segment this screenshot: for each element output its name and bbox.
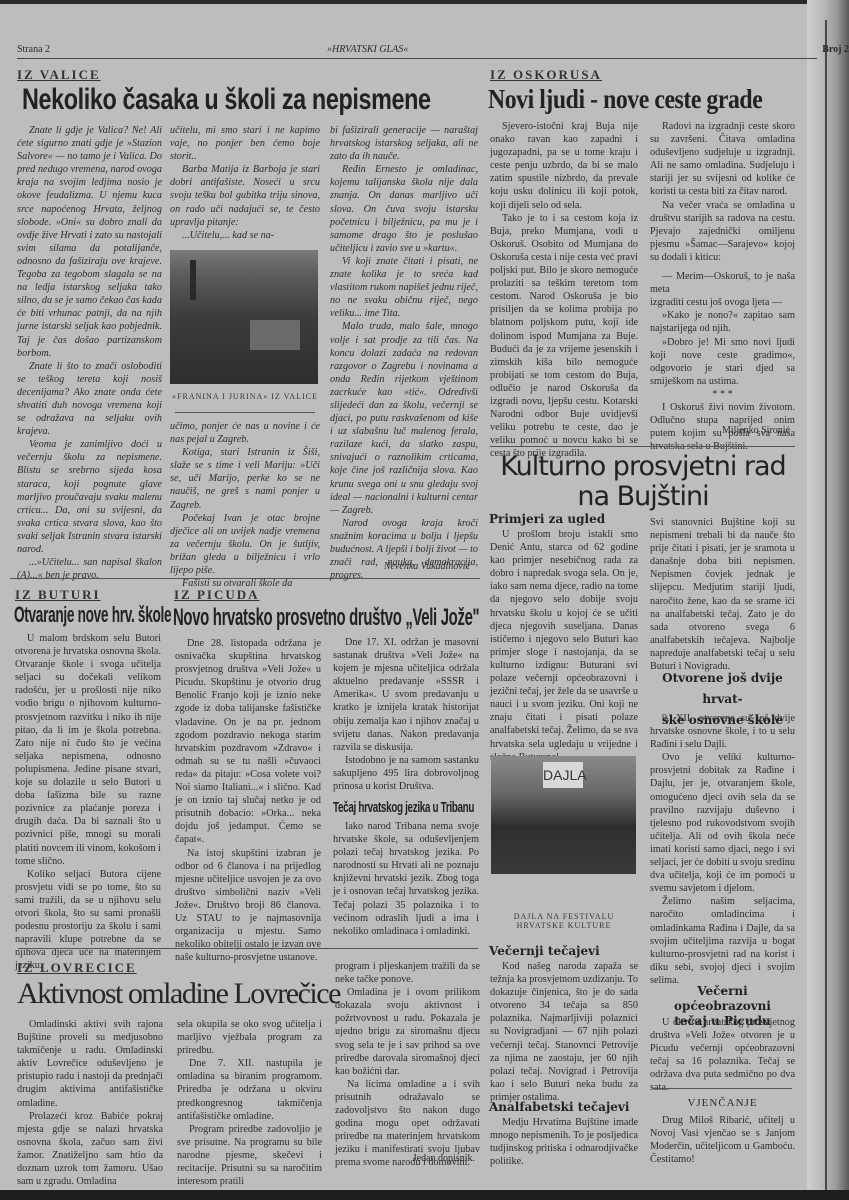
photo-caption: DAJLA NA FESTIVALU HRVATSKE KULTURE: [490, 912, 638, 930]
binding-fold-line: [825, 20, 827, 1190]
bujstina-headline: Kulturno prosvjetni rad na Bujštini: [488, 452, 798, 512]
vjencanje-title: VJENČANJE: [650, 1097, 795, 1109]
paragraph: Malo truda, malo šale, mnogo volje i sat…: [330, 320, 478, 516]
paragraph: Program priredbe zadovoljio je sve prisu…: [177, 1123, 322, 1188]
bujstina-column-2: Svi stanovnici Bujštine koji su nepismen…: [650, 516, 795, 673]
paragraph: sela okupila se oko svog učitelja i marl…: [177, 1018, 322, 1057]
oskorus-headline: Novi ljudi - nove ceste grade: [488, 84, 762, 115]
masthead: Strana 2 »HRVATSKI GLAS« Broj 2: [17, 44, 817, 59]
verse-line: — Merim—Oskoruš, to je naša meta: [650, 270, 795, 296]
paragraph: U malom brdskom selu Butori otvorena je …: [15, 632, 161, 868]
newspaper-title: »HRVATSKI GLAS«: [327, 44, 408, 55]
butori-headline: Otvaranje nove hrv. škole: [14, 602, 171, 628]
divider: [652, 1088, 792, 1089]
paragraph: Drug Miloš Ribarić, učitelj u Novoj Vasi…: [650, 1114, 795, 1166]
scan-bottom-edge: [0, 1190, 849, 1200]
paragraph: Dne 28. listopada održana je osnivačka s…: [175, 637, 321, 847]
paragraph: Svi stanovnici Bujštine koji su nepismen…: [650, 516, 795, 673]
valice-headline: Nekoliko časaka u školi za nepismene: [22, 83, 431, 117]
photo-dajla-festival: DAJLA: [491, 756, 636, 874]
paragraph: Sjevero-istočni kraj Buja nije onako rav…: [490, 120, 638, 212]
paragraph: U prošlom broju istakli smo Denić Antu, …: [490, 528, 638, 764]
section-divider: [18, 948, 478, 949]
valice-author: Nevenka Vukadinović: [330, 561, 470, 572]
paragraph: Kod našeg naroda zapaža se težnja ka pro…: [490, 960, 638, 1104]
lovrecice-kicker: IZ LOVRECICE: [17, 960, 137, 976]
paragraph: Istodobno je na samom sastanku sakupljen…: [333, 754, 479, 793]
valice-kicker: IZ VALICE: [17, 67, 101, 83]
paragraph: bi fašizirali generacije — naraštaj hrva…: [330, 124, 478, 163]
paragraph: »Dobro je! Mi smo novi ljudi koji nove c…: [650, 336, 795, 388]
paragraph: Iako narod Tribana nema svoje hrvatske š…: [333, 820, 479, 938]
paragraph: Na večer vraća se omladina u društvu sta…: [650, 199, 795, 264]
analfabetski-subhead: Analfabetski tečajevi: [489, 1100, 629, 1114]
divider: [175, 412, 315, 413]
subhead-line: Večerni općeobrazovni: [650, 984, 795, 1014]
paragraph: Ređin Ernesto je omladinac, kojemu talij…: [330, 163, 478, 255]
paragraph: »Kako je nono?« zapitao sam najstarijega…: [650, 309, 795, 335]
picud-tecaj-text: U okviru hrvatskog prosvjetnog društva »…: [650, 1016, 795, 1095]
paragraph: Koliko seljaci Butora cijene prosvjetu v…: [15, 868, 161, 973]
tribano-text: Iako narod Tribana nema svoje hrvatske š…: [333, 820, 479, 938]
valice-column-1: Znate li gdje je Valica? Ne! Ali ćete si…: [17, 124, 162, 582]
oskorus-column-2: Radovi na izgradnji ceste skoro su završ…: [650, 120, 795, 453]
paragraph: U okviru hrvatskog prosvjetnog društva »…: [650, 1016, 795, 1095]
primjeri-subhead: Primjeri za ugled: [489, 512, 605, 526]
valice-column-2-top: učitelu, mi smo stari i ne kapimo vaje, …: [170, 124, 320, 242]
photo-sign: DAJLA: [543, 762, 583, 788]
scan-top-edge: [0, 0, 849, 4]
paragraph: Prolazeći kroz Babiće pokraj mjesta gdje…: [17, 1110, 163, 1189]
photo-caption: »FRANINA I JURINA« IZ VALICE: [170, 392, 320, 401]
lovrecice-column-3: program i pljeskanjem tražili da se neke…: [335, 960, 480, 1170]
headline-line: na Bujštini: [488, 482, 798, 512]
section-divider: [490, 446, 795, 447]
page-binding-edge: [807, 0, 849, 1200]
oskorus-column-1: Sjevero-istočni kraj Buja nije onako rav…: [490, 120, 638, 460]
lovrecice-headline: Aktivnost omladine Lovrečice: [17, 977, 340, 1011]
paragraph: Znate li što to znači osloboditi se tešk…: [17, 360, 162, 439]
paragraph: Ovo je veliki kulturno-prosvjetni dobita…: [650, 751, 795, 895]
paragraph: program i pljeskanjem tražili da se neke…: [335, 960, 480, 986]
paragraph: Na istoj skupštini izabran je odbor od 6…: [175, 847, 321, 965]
lovrecice-author: Jedan dopisnik.: [335, 1153, 475, 1164]
paragraph: Tako je to i sa cestom koja iz Buja, pre…: [490, 212, 638, 461]
paragraph: Barba Matija iz Barboja je stari dobri a…: [170, 163, 320, 228]
section-divider: [10, 578, 480, 579]
tribano-subhead: Tečaj hrvatskog jezika u Tribanu: [333, 799, 474, 816]
paragraph: Medju Hrvatima Bujštine imade mnogo nepi…: [490, 1116, 638, 1168]
paragraph: Omladinski aktivi svih rajona Bujštine p…: [17, 1018, 163, 1110]
lovrecice-column-1: Omladinski aktivi svih rajona Bujštine p…: [17, 1018, 163, 1188]
vjencanje-text: Drug Miloš Ribarić, učitelj u Novoj Vasi…: [650, 1114, 795, 1166]
primjeri-text: U prošlom broju istakli smo Denić Antu, …: [490, 528, 638, 764]
oskorus-author: Miljenko Sironić: [650, 425, 790, 436]
paragraph: Vi koji znate čitati i pisati, ne znate …: [330, 255, 478, 320]
picud-column-1: Dne 28. listopada održana je osnivačka s…: [175, 637, 321, 964]
vecernji-subhead: Večernji tečajevi: [489, 944, 600, 958]
headline-line: Kulturno prosvjetni rad: [488, 452, 798, 482]
asterism: * * *: [650, 388, 795, 401]
paragraph: 9. XII. otvorene su još dvije hrvatske o…: [650, 712, 795, 751]
photo-franina-jurina: [170, 250, 318, 384]
paragraph: Kotiga, stari Istranin iz Šiši, slaže se…: [170, 446, 320, 511]
paragraph: Veoma je zanimljivo doći u večernju škol…: [17, 438, 162, 556]
paragraph: Dne 7. XII. nastupila je omladina sa bir…: [177, 1057, 322, 1122]
picud-headline: Novo hrvatsko prosvetno društvo „Veli Jo…: [173, 604, 479, 632]
butori-kicker: IZ BUTURI: [15, 587, 101, 603]
valice-column-3: bi fašizirali generacije — naraštaj hrva…: [330, 124, 478, 582]
picud-kicker: IZ PICUDA: [174, 587, 260, 603]
butori-text: U malom brdskom selu Butori otvorena je …: [15, 632, 161, 972]
paragraph: Znate li gdje je Valica? Ne! Ali ćete si…: [17, 124, 162, 360]
analfabetski-text: Medju Hrvatima Bujštine imade mnogo nepi…: [490, 1116, 638, 1168]
issue-number: Broj 2: [822, 44, 849, 55]
paragraph: Želimo našim seljacima, naročito omladin…: [650, 895, 795, 987]
paragraph: Omladina je i ovom prilikom dokazala svo…: [335, 986, 480, 1078]
verse-line: izgraditi cestu još ovoga ljeta —: [650, 296, 795, 309]
paragraph: Počekaj Ivan je otac brojne dječice ali …: [170, 512, 320, 577]
picud-column-2: Dne 17. XI. održan je masovni sastanak d…: [333, 636, 479, 793]
page-number: Strana 2: [17, 44, 50, 55]
paragraph: ...Učitelu,... kad se na-: [170, 229, 320, 242]
paragraph: Radovi na izgradnji ceste skoro su završ…: [650, 120, 795, 199]
paragraph: Dne 17. XI. održan je masovni sastanak d…: [333, 636, 479, 754]
lovrecice-column-2: sela okupila se oko svog učitelja i marl…: [177, 1018, 322, 1188]
vecernji-text: Kod našeg naroda zapaža se težnja ka pro…: [490, 960, 638, 1104]
subhead-line: Otvorene još dvije hrvat-: [650, 668, 795, 710]
oskorus-kicker: IZ OSKORUSA: [490, 67, 602, 83]
paragraph: učitelu, mi smo stari i ne kapimo vaje, …: [170, 124, 320, 163]
otvorene-text: 9. XII. otvorene su još dvije hrvatske o…: [650, 712, 795, 1000]
paragraph: Narod ovoga kraja kroči snažnim koracima…: [330, 517, 478, 582]
valice-column-2-bottom: učimo, ponjer će nas u novine i će nas p…: [170, 420, 320, 590]
paragraph: učimo, ponjer će nas u novine i će nas p…: [170, 420, 320, 446]
